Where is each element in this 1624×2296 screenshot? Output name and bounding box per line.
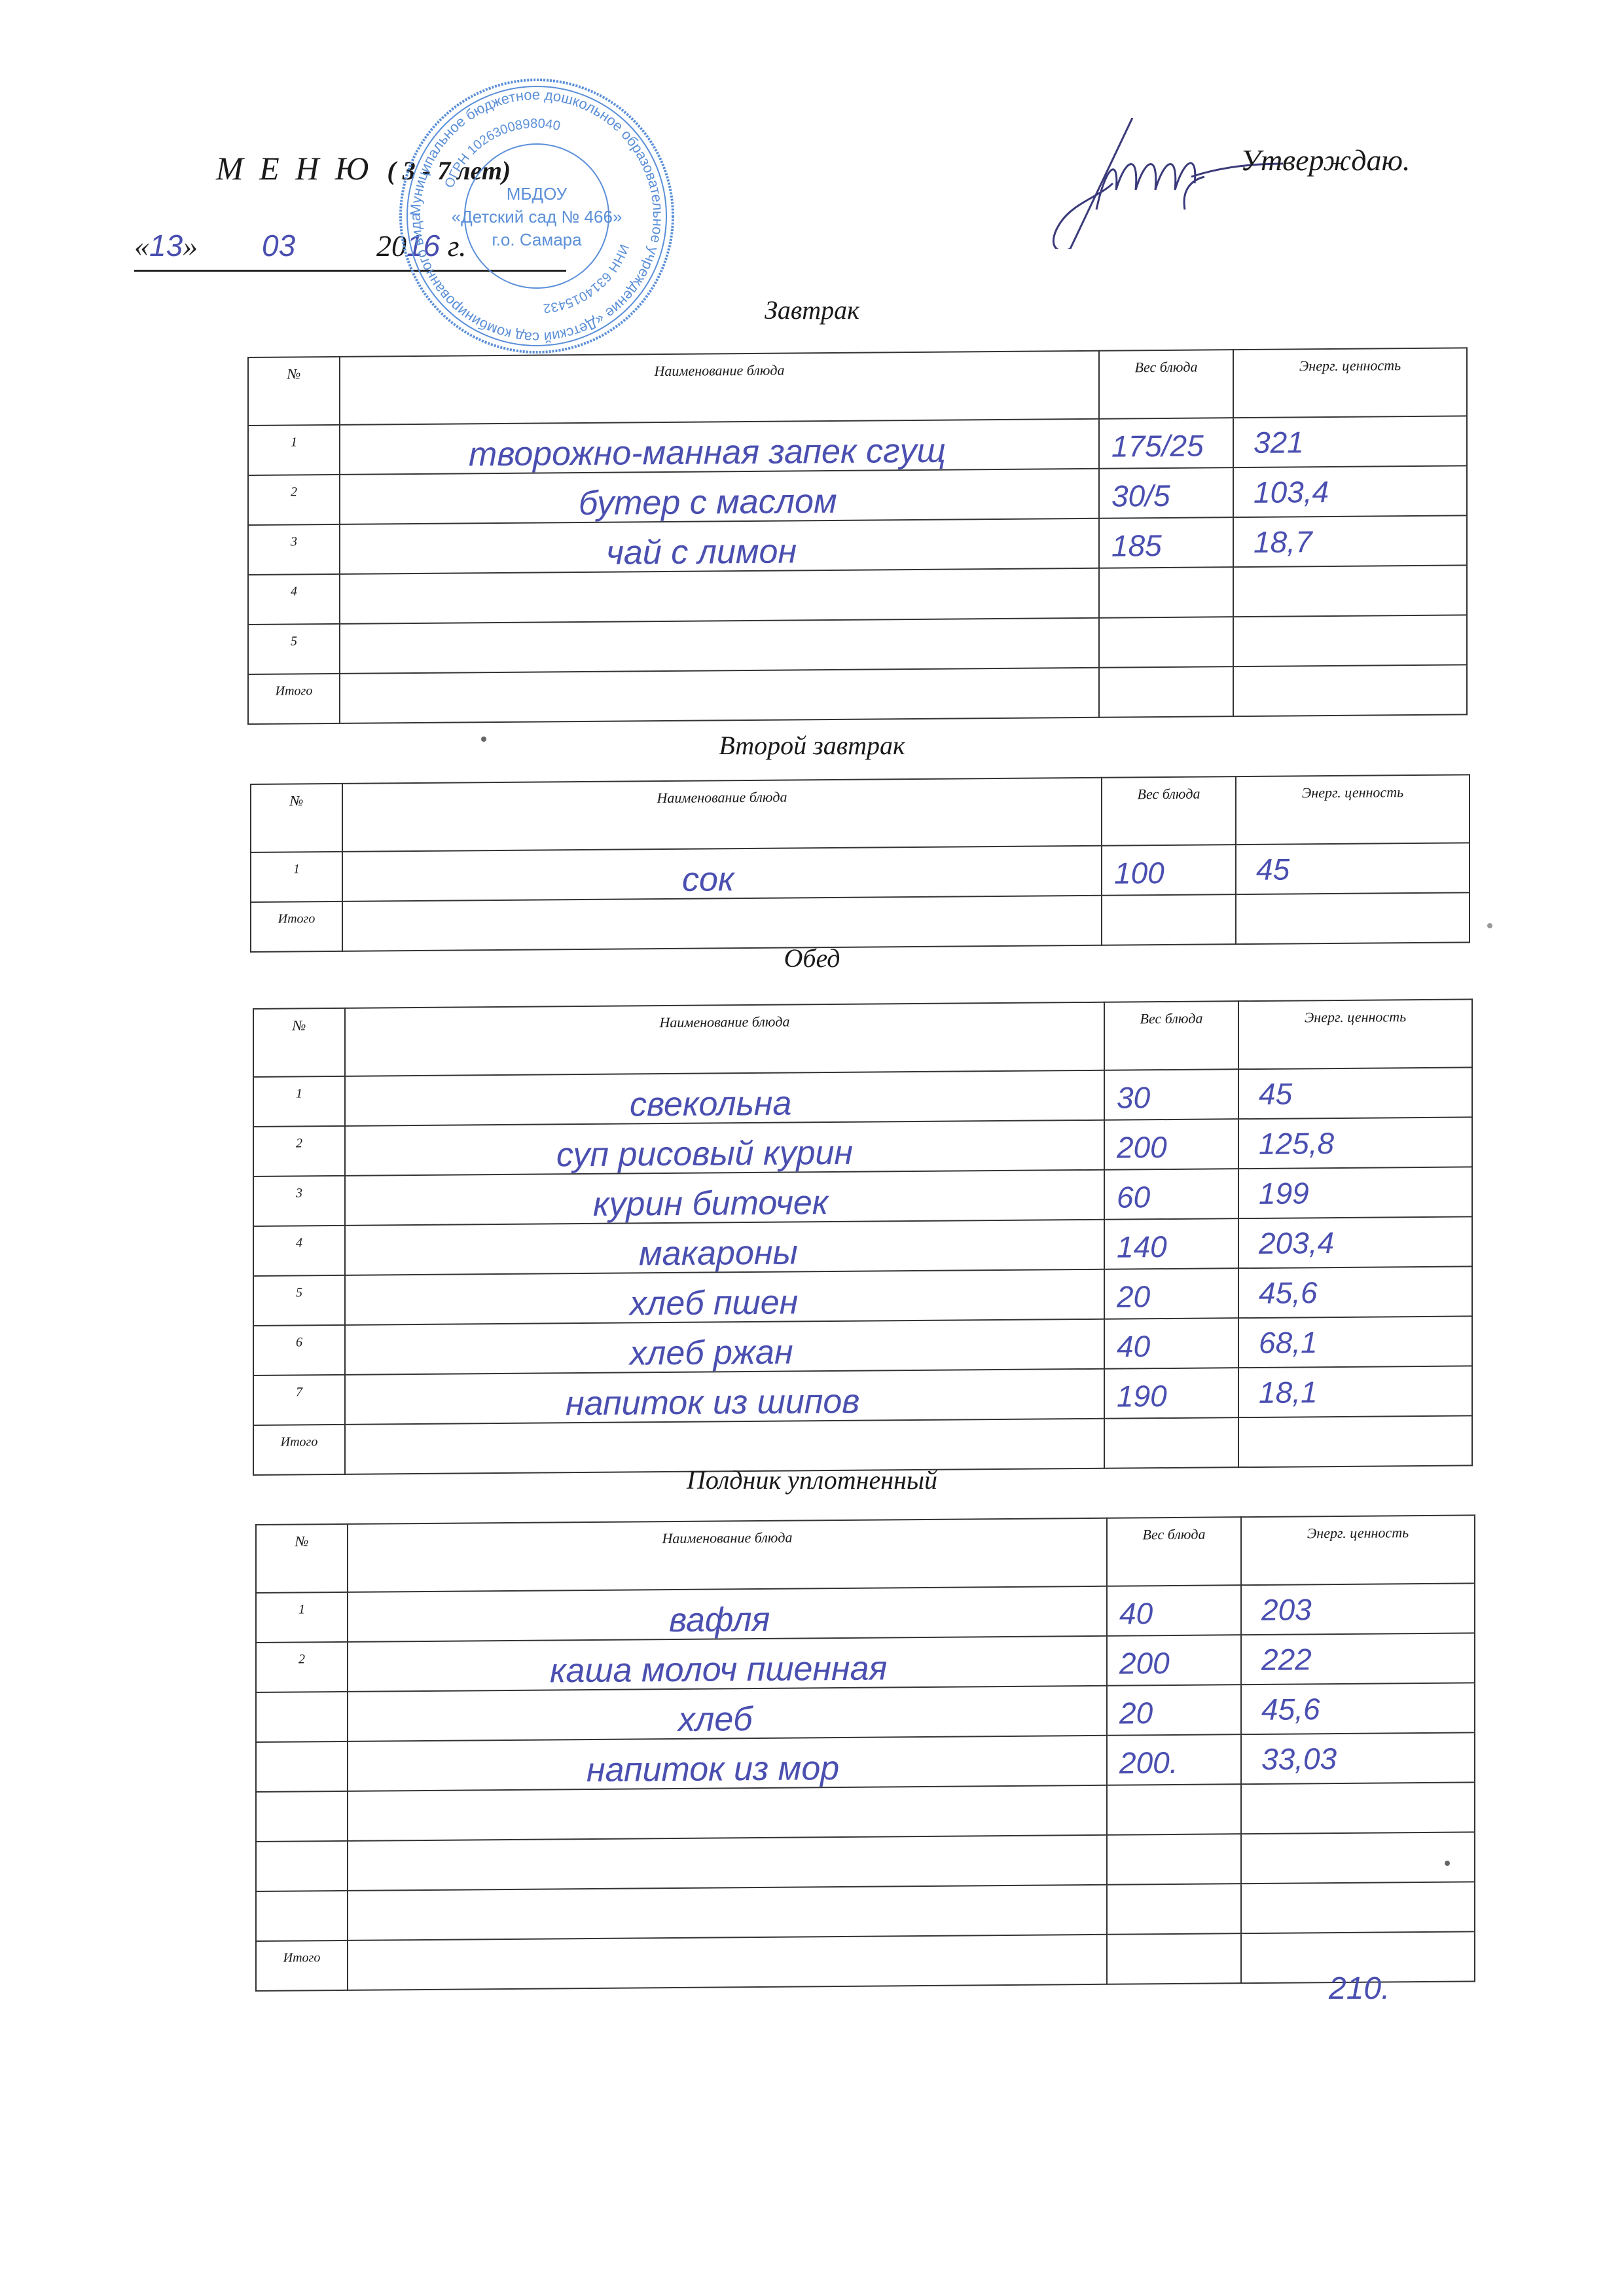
dish-name-cell: хлеб пшен [345, 1269, 1104, 1325]
row-number [256, 1841, 348, 1891]
dish-weight: 190 [1117, 1378, 1167, 1414]
dish-name: каша молоч пшенная [550, 1649, 887, 1690]
scan-speck [1487, 923, 1492, 928]
dish-name-cell [348, 1885, 1107, 1941]
dish-energy: 199 [1259, 1175, 1309, 1211]
column-header-energy: Энерг. ценность [1241, 1515, 1475, 1585]
dish-energy-cell [1241, 1832, 1475, 1884]
dish-weight: 175/25 [1111, 428, 1204, 464]
dish-name: бутер с маслом [579, 482, 837, 523]
dish-name-cell: сок [342, 846, 1102, 902]
dish-energy: 33,03 [1261, 1741, 1337, 1777]
row-number: 2 [253, 1126, 345, 1176]
table-row: 7напиток из шипов19018,1 [253, 1366, 1472, 1425]
dish-energy-cell: 45 [1238, 1067, 1472, 1119]
dish-weight: 30/5 [1111, 478, 1170, 514]
table-row: 2бутер с маслом30/5103,4 [248, 465, 1467, 525]
dish-name-cell [340, 568, 1099, 624]
dish-weight-cell [1107, 1784, 1241, 1835]
row-number [256, 1791, 348, 1842]
dish-energy: 45 [1256, 852, 1290, 887]
row-number [256, 1891, 348, 1941]
dish-name-cell: макароны [345, 1220, 1104, 1275]
dish-energy-cell [1241, 1882, 1475, 1933]
column-header-name: Наименование блюда [340, 351, 1099, 425]
dish-weight-cell: 185 [1099, 517, 1233, 568]
row-number: 3 [253, 1176, 345, 1226]
table-row: 3чай с лимон18518,7 [248, 515, 1467, 575]
dish-name-cell: хлеб [348, 1686, 1107, 1741]
dish-energy-cell: 45,6 [1238, 1266, 1472, 1318]
dish-weight-cell: 200. [1107, 1734, 1241, 1785]
row-number: 4 [248, 574, 340, 625]
table-row [256, 1882, 1475, 1941]
dish-energy-cell: 33,03 [1241, 1732, 1475, 1784]
dish-weight: 30 [1117, 1080, 1150, 1115]
quote-open: « [134, 229, 149, 263]
dish-energy-cell [1238, 1415, 1472, 1467]
menu-table: №Наименование блюдаВес блюдаЭнерг. ценно… [247, 347, 1468, 725]
section-title: Обед [0, 943, 1624, 974]
column-header-name: Наименование блюда [342, 778, 1102, 852]
table-header-row: №Наименование блюдаВес блюдаЭнерг. ценно… [251, 774, 1470, 852]
table-row: 5хлеб пшен2045,6 [253, 1266, 1472, 1326]
scan-speck [1445, 1861, 1450, 1866]
dish-name: хлеб пшен [630, 1283, 798, 1323]
dish-name: чай с лимон [606, 532, 797, 572]
dish-energy-cell [1233, 665, 1467, 716]
dish-name: свекольна [630, 1084, 791, 1125]
dish-name-cell: напиток из шипов [345, 1369, 1104, 1425]
dish-energy: 203 [1261, 1592, 1312, 1628]
row-number: 1 [251, 852, 342, 902]
table-row: напиток из мор200.33,03 [256, 1732, 1475, 1792]
dish-energy-cell: 222 [1241, 1633, 1475, 1685]
menu-table: №Наименование блюдаВес блюдаЭнерг. ценно… [253, 998, 1473, 1476]
dish-weight-cell: 20 [1104, 1268, 1238, 1319]
dish-weight: 20 [1119, 1695, 1153, 1730]
row-number: 1 [256, 1592, 348, 1643]
dish-name-cell: курин биточек [345, 1170, 1104, 1226]
stamp-center-1: МБДОУ [507, 184, 568, 204]
dish-name: хлеб ржан [630, 1333, 793, 1374]
dish-name-cell: свекольна [345, 1070, 1104, 1126]
dish-weight-cell: 40 [1107, 1585, 1241, 1636]
column-header-name: Наименование блюда [345, 1002, 1104, 1076]
dish-name-cell [340, 668, 1099, 723]
table-header-row: №Наименование блюдаВес блюдаЭнерг. ценно… [253, 999, 1472, 1077]
table-row: 4 [248, 565, 1467, 625]
table-row [256, 1832, 1475, 1891]
dish-energy: 222 [1261, 1641, 1312, 1677]
dish-name: вафля [669, 1600, 770, 1640]
dish-energy-cell: 125,8 [1238, 1117, 1472, 1169]
dish-weight: 40 [1119, 1595, 1153, 1631]
dish-energy: 203,4 [1259, 1225, 1334, 1261]
table-row: 6хлеб ржан4068,1 [253, 1316, 1472, 1376]
quote-close: » [183, 229, 198, 263]
dish-weight: 200 [1119, 1645, 1170, 1681]
dish-weight-cell [1107, 1834, 1241, 1885]
dish-energy-cell: 68,1 [1238, 1316, 1472, 1368]
dish-energy-cell [1241, 1782, 1475, 1834]
dish-energy: 18,7 [1254, 524, 1312, 560]
column-header-num: № [248, 357, 340, 426]
dish-energy-cell: 203,4 [1238, 1216, 1472, 1268]
dish-energy: 45,6 [1261, 1691, 1320, 1727]
dish-name-cell [348, 1835, 1107, 1891]
column-header-name: Наименование блюда [348, 1518, 1107, 1592]
dish-weight-cell: 140 [1104, 1218, 1238, 1269]
column-header-weight: Вес блюда [1107, 1517, 1241, 1586]
dish-name: творожно-манная запек сгущ [469, 431, 946, 475]
dish-energy-cell [1236, 892, 1470, 944]
table-header-row: №Наименование блюдаВес блюдаЭнерг. ценно… [248, 348, 1467, 426]
table-row: 3курин биточек60199 [253, 1167, 1472, 1226]
column-header-weight: Вес блюда [1102, 776, 1236, 846]
table-row: 4макароны140203,4 [253, 1216, 1472, 1276]
dish-weight: 185 [1111, 528, 1162, 564]
dish-weight: 40 [1117, 1328, 1150, 1364]
column-header-num: № [251, 784, 342, 852]
section-title: Второй завтрак [0, 730, 1624, 761]
dish-energy-cell: 18,7 [1233, 515, 1467, 567]
dish-name-cell: суп рисовый курин [345, 1120, 1104, 1176]
table-row: 2суп рисовый курин200125,8 [253, 1117, 1472, 1176]
table-row: 1творожно-манная запек сгущ175/25321 [248, 416, 1467, 475]
scan-speck [481, 737, 486, 742]
dish-weight-cell: 60 [1104, 1169, 1238, 1220]
dish-weight-cell: 100 [1102, 845, 1236, 896]
dish-energy-cell [1233, 565, 1467, 617]
dish-name-cell: каша молоч пшенная [348, 1636, 1107, 1692]
column-header-energy: Энерг. ценность [1233, 348, 1467, 418]
dish-name-cell: напиток из мор [348, 1736, 1107, 1791]
dish-name-cell: бутер с маслом [340, 469, 1099, 524]
dish-name-cell [348, 1785, 1107, 1841]
table-row: хлеб2045,6 [256, 1683, 1475, 1742]
menu-table: №Наименование блюдаВес блюдаЭнерг. ценно… [250, 774, 1470, 953]
row-number: 5 [253, 1275, 345, 1326]
dish-weight-cell: 175/25 [1099, 418, 1233, 469]
row-number: 5 [248, 624, 340, 674]
dish-weight-cell: 200 [1104, 1119, 1238, 1170]
total-row: Итого [248, 665, 1467, 724]
row-number: 6 [253, 1325, 345, 1376]
dish-name-cell: вафля [348, 1586, 1107, 1642]
dish-energy-cell [1233, 615, 1467, 666]
table-row: 2каша молоч пшенная200222 [256, 1633, 1475, 1692]
total-label: Итого [248, 674, 340, 724]
dish-name-cell: чай с лимон [340, 519, 1099, 574]
column-header-weight: Вес блюда [1104, 1001, 1238, 1070]
dish-energy: 18,1 [1259, 1374, 1318, 1410]
row-number: 7 [253, 1375, 345, 1425]
column-header-num: № [253, 1008, 345, 1077]
dish-energy: 45 [1259, 1076, 1292, 1112]
dish-energy-cell: 45,6 [1241, 1683, 1475, 1734]
dish-name: хлеб [678, 1700, 753, 1740]
table-row: 1сок10045 [251, 843, 1470, 902]
dish-weight-cell [1099, 666, 1233, 718]
stamp-center-2: «Детский сад № 466» [452, 207, 623, 227]
dish-weight-cell: 30/5 [1099, 467, 1233, 519]
section-title: Завтрак [0, 295, 1624, 325]
section-title: Полдник уплотненный [0, 1465, 1624, 1495]
dish-weight-cell [1099, 567, 1233, 618]
menu-table: №Наименование блюдаВес блюдаЭнерг. ценно… [255, 1514, 1475, 1992]
date-day: 13 [149, 228, 183, 263]
row-number: 4 [253, 1226, 345, 1276]
dish-name-cell [340, 618, 1099, 674]
dish-weight-cell: 30 [1104, 1069, 1238, 1120]
stamp-center-3: г.о. Самара [492, 230, 582, 249]
dish-weight-cell [1099, 617, 1233, 668]
table-row: 1вафля40203 [256, 1583, 1475, 1643]
dish-energy-cell: 45 [1236, 843, 1470, 894]
row-number: 1 [253, 1076, 345, 1127]
column-header-energy: Энерг. ценность [1236, 774, 1470, 845]
dish-weight-cell [1104, 1417, 1238, 1468]
dish-weight: 100 [1114, 855, 1164, 891]
total-label: Итого [256, 1941, 348, 1991]
approval-label: Утверждаю. [1240, 143, 1410, 177]
dish-name: суп рисовый курин [556, 1133, 853, 1175]
table-header-row: №Наименование блюдаВес блюдаЭнерг. ценно… [256, 1515, 1475, 1593]
dish-name-cell: хлеб ржан [345, 1319, 1104, 1375]
dish-name-cell [348, 1935, 1107, 1990]
dish-weight-cell [1107, 1933, 1241, 1984]
dish-name: курин биточек [593, 1183, 828, 1224]
dish-name: макароны [639, 1233, 798, 1273]
dish-energy: 68,1 [1259, 1324, 1318, 1360]
table-row: 5 [248, 615, 1467, 674]
signature [1034, 118, 1283, 249]
table-row [256, 1782, 1475, 1842]
dish-name: сок [682, 860, 734, 900]
dish-energy-cell: 18,1 [1238, 1366, 1472, 1417]
row-number: 3 [248, 524, 340, 575]
row-number: 1 [248, 425, 340, 475]
dish-energy-cell: 321 [1233, 416, 1467, 467]
column-header-num: № [256, 1524, 348, 1593]
dish-weight: 140 [1117, 1229, 1167, 1265]
column-header-energy: Энерг. ценность [1238, 999, 1472, 1069]
dish-energy: 45,6 [1259, 1275, 1318, 1311]
dish-name: напиток из шипов [566, 1382, 859, 1424]
dish-weight-cell [1102, 894, 1236, 945]
dish-energy: 321 [1254, 424, 1304, 460]
column-header-weight: Вес блюда [1099, 350, 1233, 419]
dish-weight-cell: 40 [1104, 1318, 1238, 1369]
dish-weight-cell: 200 [1107, 1635, 1241, 1686]
dish-name-cell: творожно-манная запек сгущ [340, 419, 1099, 475]
row-number: 2 [256, 1642, 348, 1692]
page-total-note: 210. [1329, 1971, 1390, 2007]
dish-weight: 60 [1117, 1179, 1150, 1214]
menu-title-text: М Е Н Ю [216, 150, 372, 187]
dish-energy: 125,8 [1259, 1125, 1334, 1161]
dish-energy-cell: 199 [1238, 1167, 1472, 1218]
dish-weight-cell [1107, 1884, 1241, 1935]
date-month: 03 [262, 228, 295, 263]
dish-energy-cell: 203 [1241, 1583, 1475, 1635]
row-number [256, 1741, 348, 1792]
dish-weight-cell: 190 [1104, 1368, 1238, 1419]
dish-weight: 200 [1117, 1129, 1167, 1165]
row-number: 2 [248, 475, 340, 525]
dish-name: напиток из мор [586, 1749, 839, 1790]
table-row: 1свекольна3045 [253, 1067, 1472, 1127]
dish-weight: 20 [1117, 1279, 1150, 1314]
dish-energy: 103,4 [1254, 474, 1329, 510]
dish-weight-cell: 20 [1107, 1685, 1241, 1736]
total-row: Итого [256, 1931, 1475, 1991]
row-number [256, 1692, 348, 1742]
dish-weight: 200. [1119, 1745, 1178, 1781]
dish-energy-cell: 103,4 [1233, 465, 1467, 517]
